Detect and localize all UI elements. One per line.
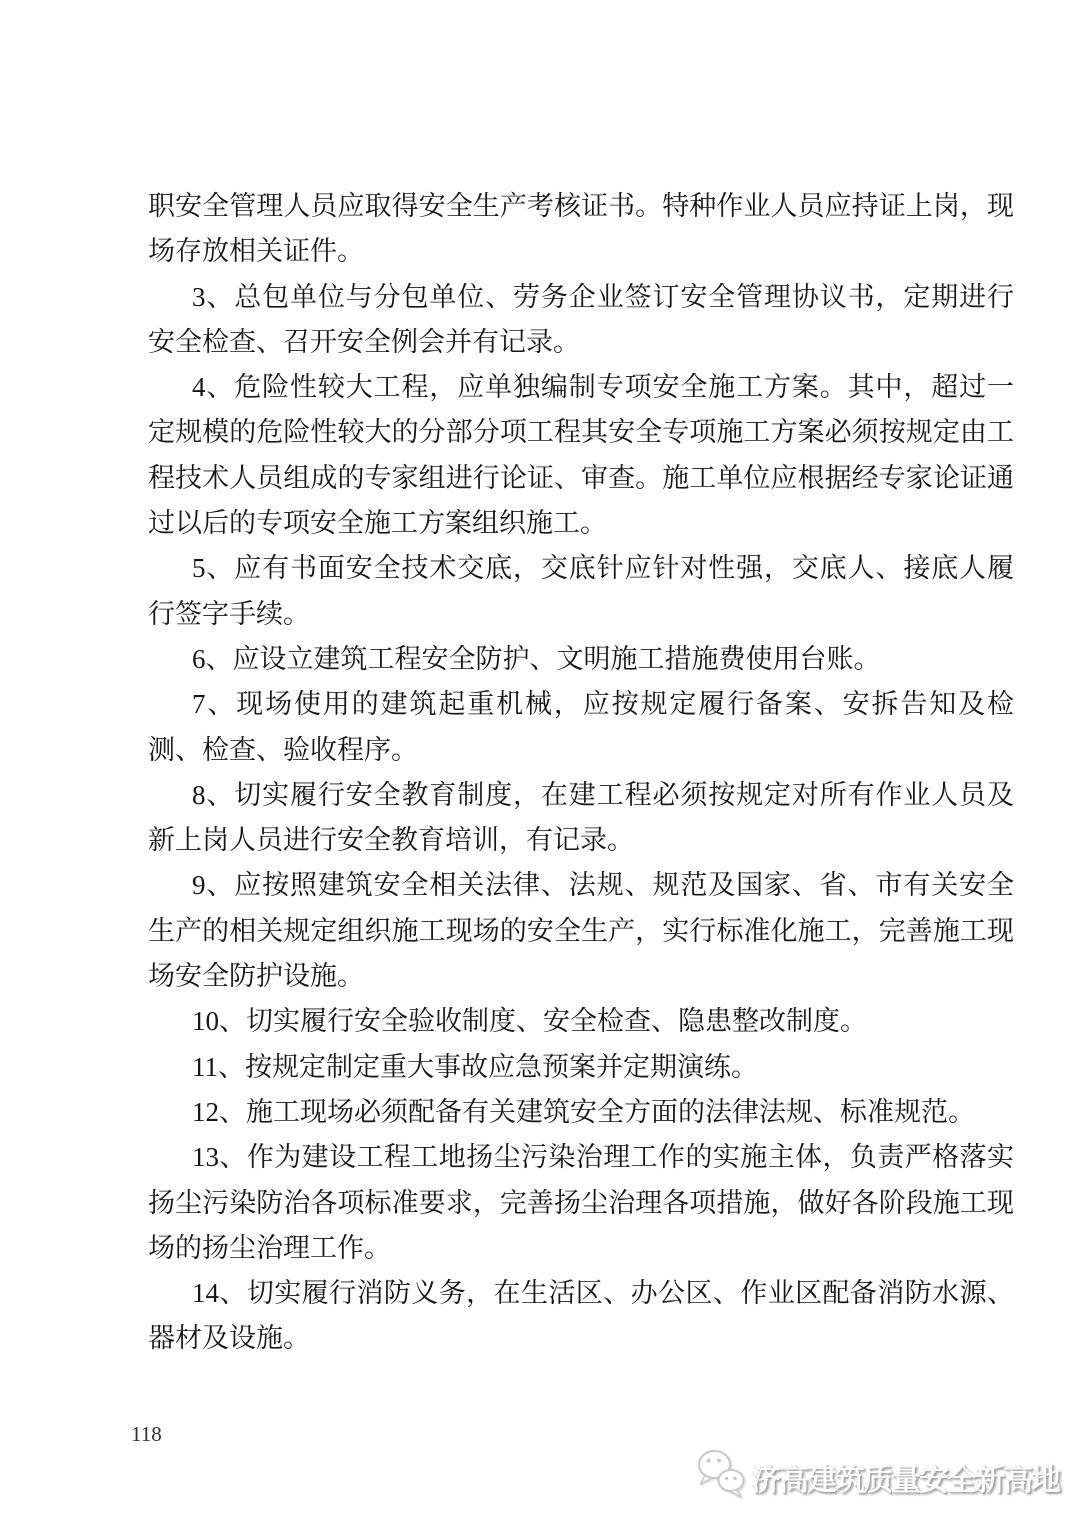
- watermark: 济高建筑质量安全新高地: [696, 1448, 1059, 1505]
- paragraph-item-4: 4、危险性较大工程，应单独编制专项安全施工方案。其中，超过一定规模的危险性较大的…: [148, 365, 1014, 546]
- paragraph-item-11: 11、按规定制定重大事故应急预案并定期演练。: [148, 1045, 1014, 1090]
- wechat-icon: [696, 1448, 746, 1505]
- paragraph-item-10: 10、切实履行安全验收制度、安全检查、隐患整改制度。: [148, 999, 1014, 1044]
- document-page: 职安全管理人员应取得安全生产考核证书。特种作业人员应持证上岗，现场存放相关证件。…: [0, 0, 1080, 1527]
- paragraph-item-12: 12、施工现场必须配备有关建筑安全方面的法律法规、标准规范。: [148, 1090, 1014, 1135]
- paragraph-item-9: 9、应按照建筑安全相关法律、法规、规范及国家、省、市有关安全生产的相关规定组织施…: [148, 863, 1014, 999]
- paragraph-item-14: 14、切实履行消防义务，在生活区、办公区、作业区配备消防水源、器材及设施。: [148, 1271, 1014, 1362]
- paragraph-item-3: 3、总包单位与分包单位、劳务企业签订安全管理协议书，定期进行安全检查、召开安全例…: [148, 275, 1014, 366]
- paragraph-item-7: 7、现场使用的建筑起重机械，应按规定履行备案、安拆告知及检测、检查、验收程序。: [148, 682, 1014, 773]
- page-number: 118: [131, 1422, 162, 1446]
- watermark-text: 济高建筑质量安全新高地: [751, 1455, 1059, 1499]
- paragraph-continuation: 职安全管理人员应取得安全生产考核证书。特种作业人员应持证上岗，现场存放相关证件。: [148, 184, 1014, 275]
- paragraph-item-5: 5、应有书面安全技术交底，交底针应针对性强，交底人、接底人履行签字手续。: [148, 546, 1014, 637]
- paragraph-item-6: 6、应设立建筑工程安全防护、文明施工措施费使用台账。: [148, 637, 1014, 682]
- paragraph-item-13: 13、作为建设工程工地扬尘污染治理工作的实施主体，负责严格落实扬尘污染防治各项标…: [148, 1135, 1014, 1271]
- document-body-text: 职安全管理人员应取得安全生产考核证书。特种作业人员应持证上岗，现场存放相关证件。…: [148, 184, 1014, 1362]
- paragraph-item-8: 8、切实履行安全教育制度，在建工程必须按规定对所有作业人员及新上岗人员进行安全教…: [148, 773, 1014, 864]
